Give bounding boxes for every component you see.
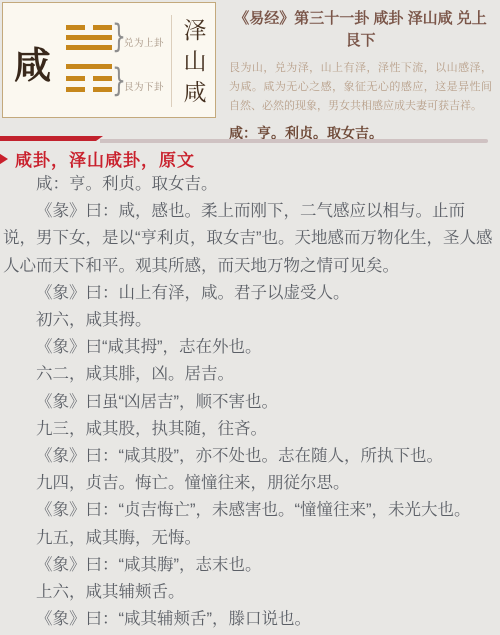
- vertical-name-char: 咸: [179, 78, 211, 109]
- header-column: 《易经》第三十一卦 咸卦 泽山咸 兑上艮下 艮为山，兑为泽，山上有泽，泽性下流，…: [229, 8, 492, 143]
- hexagram-line-segment: [66, 87, 85, 92]
- hexagram-line-segment: [66, 25, 85, 30]
- hexagram-line-solid: [66, 45, 112, 50]
- hexagram-line-solid: [66, 35, 112, 40]
- paragraph: 上六，咸其辅颊舌。: [3, 579, 497, 606]
- paragraph: 《象》曰：山上有泽，咸。君子以虚受人。: [3, 280, 497, 307]
- paragraph: 初六，咸其拇。: [3, 307, 497, 334]
- paragraph: 《彖》曰：咸，感也。柔上而刚下，二气感应以相与。止而说，男下女，是以“亨利贞，取…: [3, 198, 497, 280]
- hexagram-line-segment: [93, 87, 112, 92]
- divider-accent-bar: [0, 136, 103, 141]
- section-arrow-icon: [0, 151, 10, 167]
- paragraph: 《象》曰：“贞吉悔亡”，未感害也。“憧憧往来”，未光大也。: [3, 497, 497, 524]
- paragraph: 《象》曰：“咸其脢”，志末也。: [3, 552, 497, 579]
- hexagram-line-segment: [93, 76, 112, 81]
- hexagram-line-broken: [66, 76, 112, 81]
- paragraph: 九五，咸其脢，无悔。: [3, 525, 497, 552]
- article: 咸：亨。利贞。取女吉。《彖》曰：咸，感也。柔上而刚下，二气感应以相与。止而说，男…: [3, 171, 497, 635]
- paragraph: 六二，咸其腓，凶。居吉。: [3, 361, 497, 388]
- hexagram-line-broken: [66, 87, 112, 92]
- hexagram-vertical-name: 泽山咸: [179, 16, 211, 109]
- section-heading: 咸卦，泽山咸卦，原文: [15, 146, 195, 171]
- upper-trigram-label: 兑为上卦: [124, 35, 164, 49]
- hexagram-description: 艮为山，兑为泽，山上有泽，泽性下流，以山感泽，为咸。咸为无心之感，象征无心的感应…: [229, 59, 492, 116]
- paragraph: 九四，贞吉。悔亡。憧憧往来，朋従尔思。: [3, 470, 497, 497]
- lower-trigram-label: 艮为下卦: [124, 79, 164, 93]
- hexagram-card: 咸 } } 兑为上卦 艮为下卦 泽山咸: [2, 2, 216, 118]
- paragraph: 《象》曰：“咸其辅颊舌”，滕口说也。: [3, 606, 497, 633]
- hexagram-line-broken: [66, 25, 112, 30]
- hexagram-line-segment: [93, 25, 112, 30]
- vertical-name-char: 泽: [179, 16, 211, 47]
- paragraph: 咸：亨。利贞。取女吉。: [3, 171, 497, 198]
- paragraph: 《象》曰：“咸其股”，亦不处也。志在随人，所执下也。: [3, 443, 497, 470]
- paragraph: 九三，咸其股，执其随，往吝。: [3, 416, 497, 443]
- hexagram-character: 咸: [14, 47, 51, 84]
- hexagram-line-solid: [66, 64, 112, 69]
- section-heading-row: 咸卦，泽山咸卦，原文: [0, 146, 500, 171]
- divider-line: [100, 139, 488, 143]
- card-vertical-divider: [171, 15, 172, 107]
- page-title: 《易经》第三十一卦 咸卦 泽山咸 兑上艮下: [229, 8, 492, 52]
- vertical-name-char: 山: [179, 47, 211, 78]
- paragraph: 《象》曰“咸其拇”，志在外也。: [3, 334, 497, 361]
- paragraph: 《象》曰虽“凶居吉”，顺不害也。: [3, 389, 497, 416]
- hexagram-line-segment: [66, 76, 85, 81]
- hexagram-lines: [66, 25, 112, 97]
